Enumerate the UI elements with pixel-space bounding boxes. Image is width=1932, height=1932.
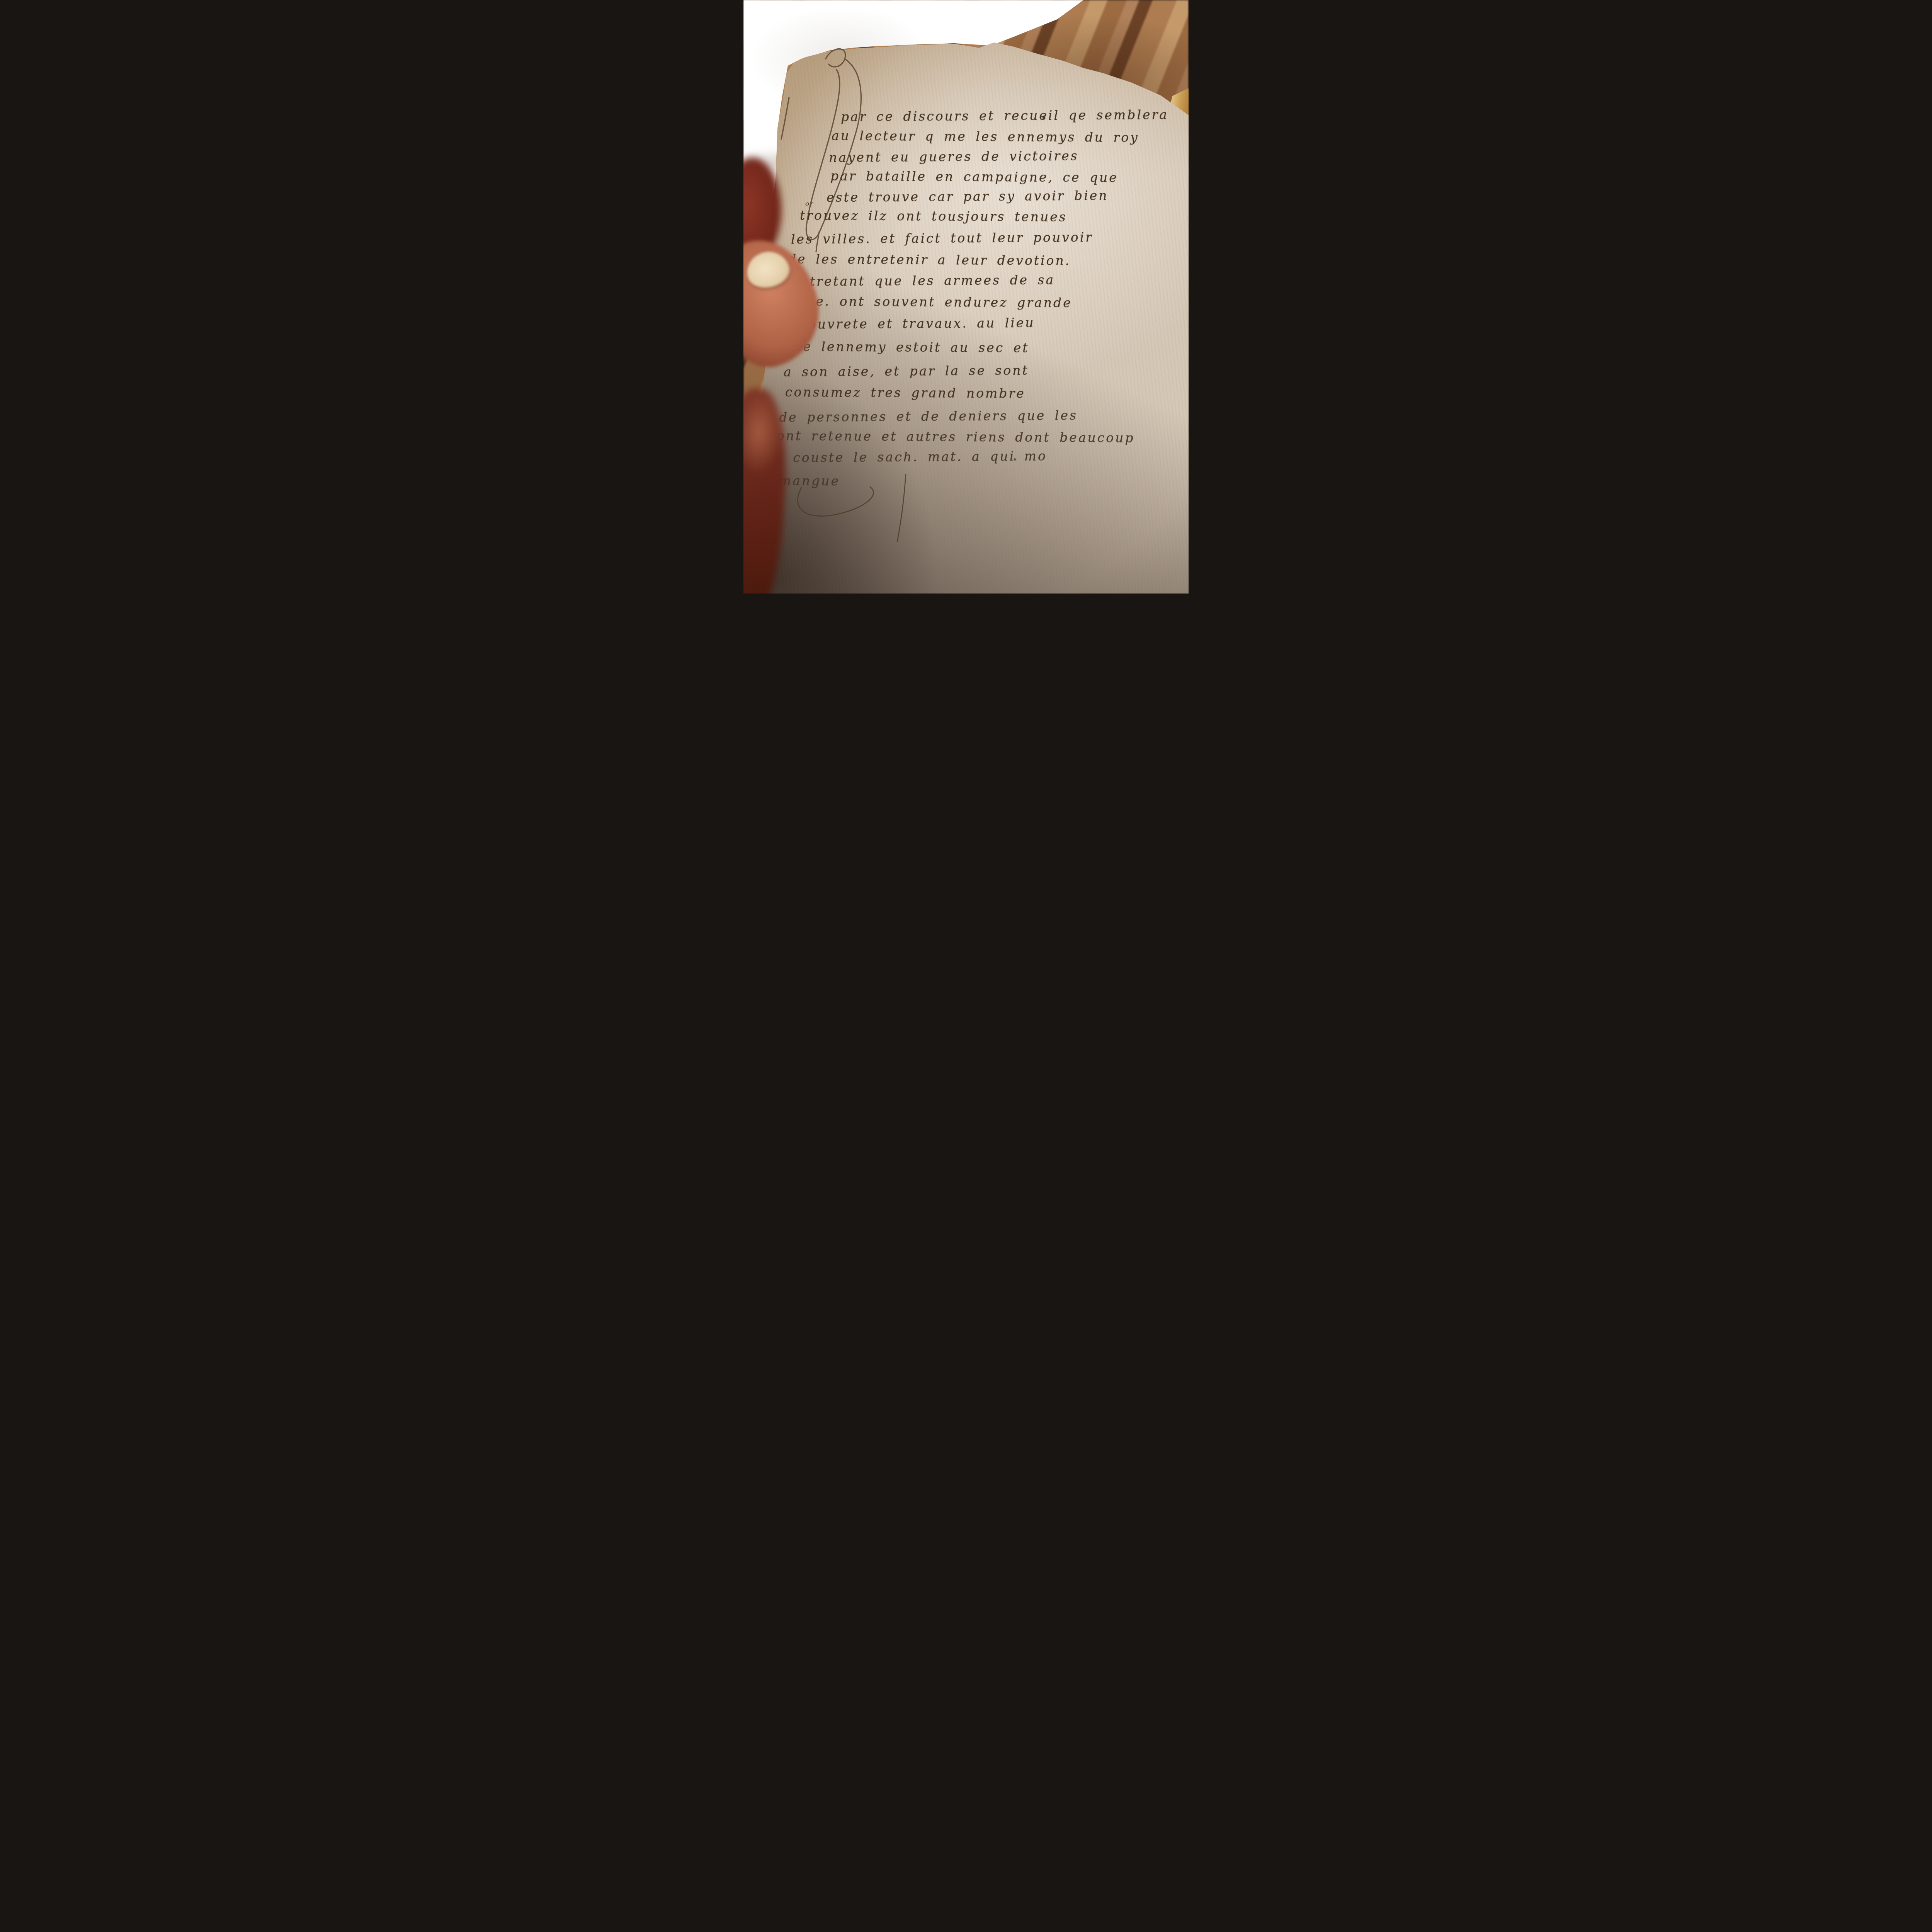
manuscript-line: entretant que les armees de sa — [791, 274, 1055, 288]
manuscript-line: de les entretenir a leur devotion. — [788, 253, 1071, 267]
manuscript-line: ont retenue et autres riens dont beaucou… — [777, 429, 1135, 444]
manuscript-line: trouvez ilz ont tousjours tenues — [800, 209, 1067, 223]
manuscript-line: les villes. et faict tout leur pouvoir — [791, 231, 1093, 245]
manuscript-line: au lecteur q me les ennemys du roy — [832, 129, 1139, 144]
manuscript-line: mate. ont souvent endurez grande — [786, 295, 1072, 310]
manuscript-line: par ce discours et recueil qe semblera — [841, 108, 1168, 123]
manuscript-line: a couste le sach. mat. a qui mo — [775, 450, 1047, 464]
manuscript-line: nayent eu gueres de victoires — [829, 150, 1079, 164]
manuscript-line: consumez tres grand nombre — [785, 386, 1026, 400]
manuscript-line: que lennemy estoit au sec et — [784, 340, 1029, 354]
ink-speck — [1014, 458, 1016, 461]
ink-speck — [1043, 116, 1045, 119]
manuscript-line: mangue — [779, 474, 840, 488]
manuscript-line: par bataille en campaigne, ce que — [830, 170, 1118, 184]
manuscript-line: este trouve car par sy avoir bien — [827, 189, 1109, 204]
photo-of-manuscript: par ce discours et recueil qe semblera a… — [743, 0, 1189, 594]
manuscript-line: de personnes et de deniers que les — [779, 409, 1078, 423]
superscript-abbreviation: or — [805, 200, 814, 208]
manuscript-line: paouvrete et travaux. au lieu — [789, 316, 1035, 331]
manuscript-line: a son aise, et par la se sont — [784, 364, 1029, 378]
